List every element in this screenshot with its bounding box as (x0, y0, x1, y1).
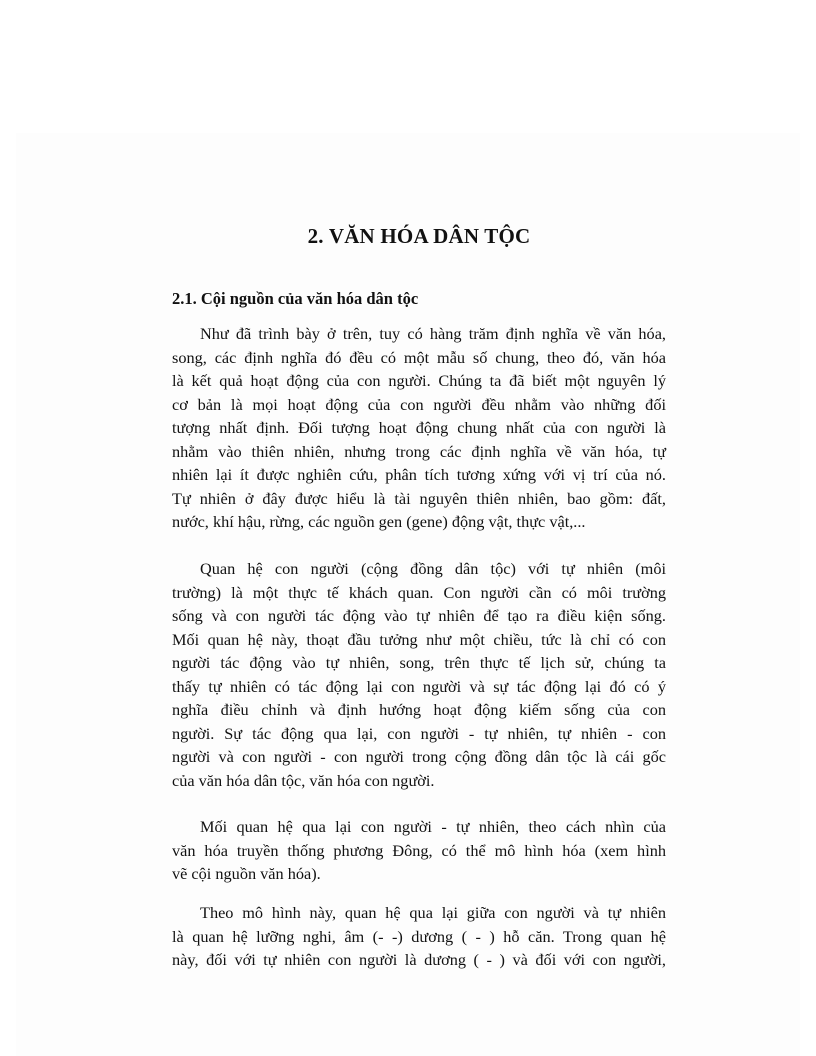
text-line: người. Sự tác động qua lại, con người - … (172, 722, 666, 746)
text-line: của văn hóa dân tộc, văn hóa con người. (172, 769, 666, 793)
text-line: là kết quả hoạt động của con người. Chún… (172, 369, 666, 393)
text-line: nhiên lại ít được nghiên cứu, phân tích … (172, 463, 666, 487)
chapter-title: 2. VĂN HÓA DÂN TỘC (172, 224, 666, 249)
text-line: tượng nhất định. Đối tượng hoạt động chu… (172, 416, 666, 440)
text-line: văn hóa truyền thống phương Đông, có thể… (172, 839, 666, 863)
paragraph-1: Như đã trình bày ở trên, tuy có hàng tră… (172, 322, 666, 534)
text-line: thấy tự nhiên có tác động lại con người … (172, 675, 666, 699)
text-line: song, các định nghĩa đó đều có một mẫu s… (172, 346, 666, 370)
text-line: Quan hệ con người (cộng đồng dân tộc) vớ… (172, 557, 666, 581)
text-line: Theo mô hình này, quan hệ qua lại giữa c… (172, 901, 666, 925)
section-title: 2.1. Cội nguồn của văn hóa dân tộc (172, 289, 418, 309)
text-line: sống và con người tác động vào tự nhiên … (172, 604, 666, 628)
text-line: cơ bản là mọi hoạt động của con người đề… (172, 393, 666, 417)
text-line: là quan hệ lưỡng nghi, âm (- -) dương ( … (172, 925, 666, 949)
text-line: này, đối với tự nhiên con người là dương… (172, 948, 666, 972)
paragraph-2: Quan hệ con người (cộng đồng dân tộc) vớ… (172, 557, 666, 792)
paragraph-4: Theo mô hình này, quan hệ qua lại giữa c… (172, 901, 666, 972)
text-line: nước, khí hậu, rừng, các nguồn gen (gene… (172, 510, 666, 534)
text-line: Mối quan hệ này, thoạt đầu tưởng như một… (172, 628, 666, 652)
text-line: Như đã trình bày ở trên, tuy có hàng tră… (172, 322, 666, 346)
text-line: nhằm vào thiên nhiên, nhưng trong các đị… (172, 440, 666, 464)
text-line: Tự nhiên ở đây được hiểu là tài nguyên t… (172, 487, 666, 511)
text-line: người tác động vào tự nhiên, song, trên … (172, 651, 666, 675)
text-line: Mối quan hệ qua lại con người - tự nhiên… (172, 815, 666, 839)
paragraph-3: Mối quan hệ qua lại con người - tự nhiên… (172, 815, 666, 886)
text-line: người và con người - con người trong cộn… (172, 745, 666, 769)
text-line: vẽ cội nguồn văn hóa). (172, 862, 666, 886)
text-line: trường) là một thực tế khách quan. Con n… (172, 581, 666, 605)
text-line: nghĩa điều chỉnh và định hướng hoạt động… (172, 698, 666, 722)
